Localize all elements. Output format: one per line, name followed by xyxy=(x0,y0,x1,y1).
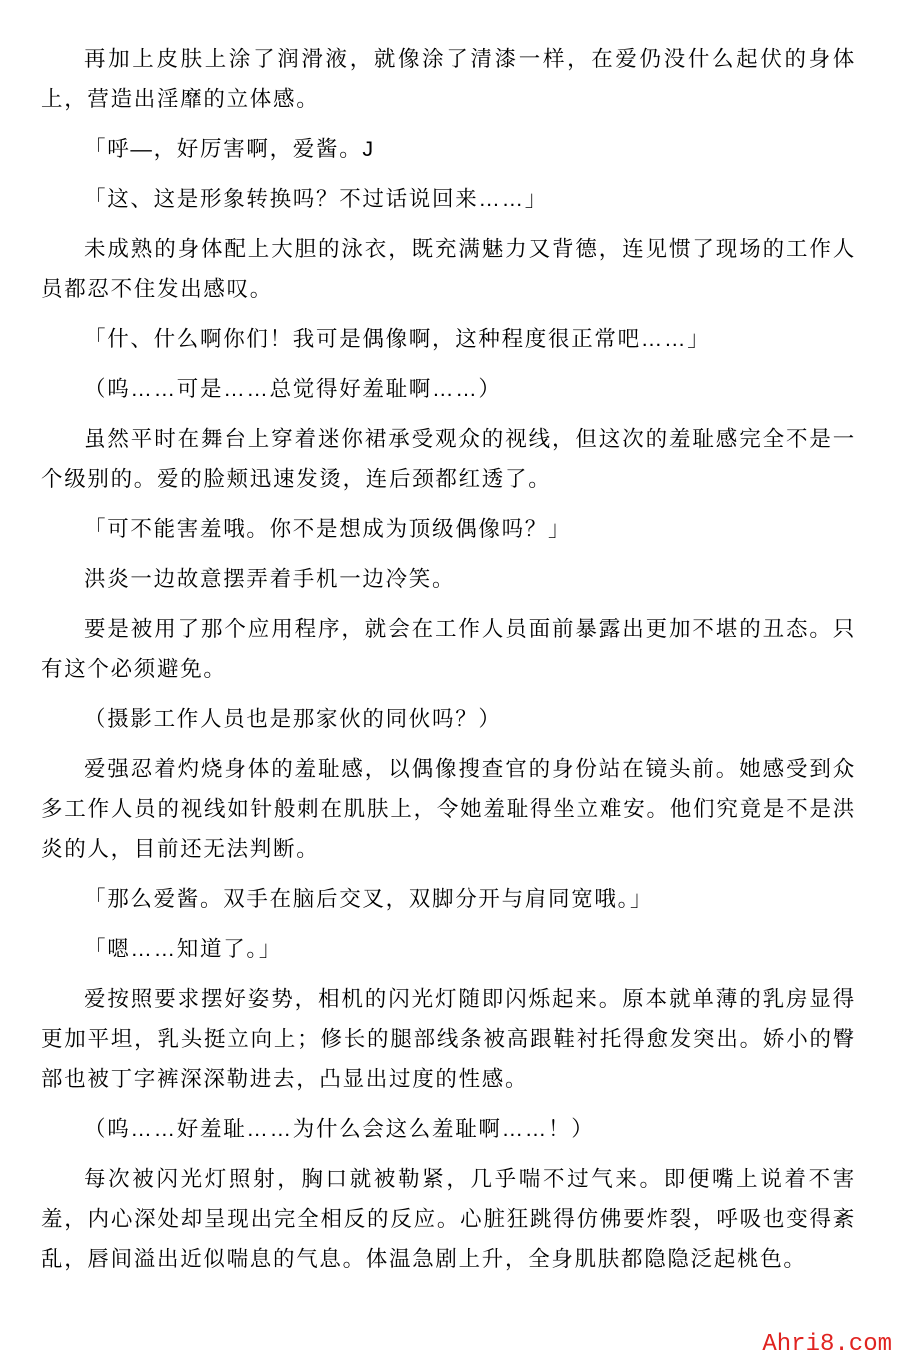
paragraph: 要是被用了那个应用程序，就会在工作人员面前暴露出更加不堪的丑态。只有这个必须避免… xyxy=(41,609,856,689)
paragraph-dialogue: 「这、这是形象转换吗？不过话说回来……」 xyxy=(41,179,856,219)
paragraph: 再加上皮肤上涂了润滑液，就像涂了清漆一样，在爱仍没什么起伏的身体上，营造出淫靡的… xyxy=(41,39,856,119)
paragraph: 爱按照要求摆好姿势，相机的闪光灯随即闪烁起来。原本就单薄的乳房显得更加平坦，乳头… xyxy=(41,979,856,1099)
paragraph-dialogue: 「呼—，好厉害啊，爱酱。J xyxy=(41,129,856,169)
paragraph-inner-thought: （摄影工作人员也是那家伙的同伙吗？） xyxy=(41,699,856,739)
paragraph: 爱强忍着灼烧身体的羞耻感，以偶像搜查官的身份站在镜头前。她感受到众多工作人员的视… xyxy=(41,749,856,869)
watermark: Ahri8.com xyxy=(762,1333,892,1357)
paragraph-dialogue: 「嗯……知道了。」 xyxy=(41,929,856,969)
paragraph-inner-thought: （呜……可是……总觉得好羞耻啊……） xyxy=(41,369,856,409)
paragraph-dialogue: 「可不能害羞哦。你不是想成为顶级偶像吗？」 xyxy=(41,509,856,549)
paragraph: 每次被闪光灯照射，胸口就被勒紧，几乎喘不过气来。即便嘴上说着不害羞，内心深处却呈… xyxy=(41,1159,856,1279)
paragraph-inner-thought: （呜……好羞耻……为什么会这么羞耻啊……！） xyxy=(41,1109,856,1149)
paragraph-dialogue: 「什、什么啊你们！我可是偶像啊，这种程度很正常吧……」 xyxy=(41,319,856,359)
paragraph: 未成熟的身体配上大胆的泳衣，既充满魅力又背德，连见惯了现场的工作人员都忍不住发出… xyxy=(41,229,856,309)
paragraph: 洪炎一边故意摆弄着手机一边冷笑。 xyxy=(41,559,856,599)
paragraph-dialogue: 「那么爱酱。双手在脑后交叉，双脚分开与肩同宽哦。」 xyxy=(41,879,856,919)
paragraph: 虽然平时在舞台上穿着迷你裙承受观众的视线，但这次的羞耻感完全不是一个级别的。爱的… xyxy=(41,419,856,499)
document-page: 再加上皮肤上涂了润滑液，就像涂了清漆一样，在爱仍没什么起伏的身体上，营造出淫靡的… xyxy=(0,0,900,1279)
